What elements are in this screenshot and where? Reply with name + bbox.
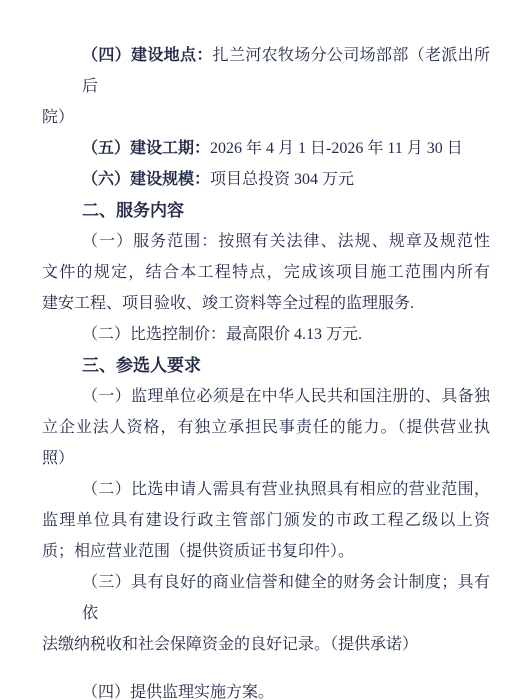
heading-text: 二、服务内容 (82, 201, 184, 220)
document-line: 文件的规定，结合本工程特点，完成该项目施工范围内所有 (42, 257, 490, 288)
document-line: 监理单位具有建设行政主管部门颁发的市政工程乙级以上资 (42, 505, 490, 536)
line-text: （二）比选控制价：最高限价 4.13 万元. (82, 326, 362, 343)
line-text: 照） (42, 450, 74, 467)
document-line: 院） (42, 102, 490, 133)
section-heading: 三、参选人要求 (42, 350, 490, 381)
document-line: （一）监理单位必须是在中华人民共和国注册的、具备独 (42, 381, 490, 412)
document-line: 立企业法人资格，有独立承担民事责任的能力。（提供营业执 (42, 412, 490, 443)
line-text: （三）具有良好的商业信誉和健全的财务会计制度；具有依 (82, 574, 490, 622)
document-line: 质；相应营业范围（提供资质证书复印件）。 (42, 536, 490, 567)
document-line: （三）具有良好的商业信誉和健全的财务会计制度；具有依 (42, 567, 490, 629)
document-line: （四）建设地点：扎兰河农牧场分公司场部部（老派出所后 (42, 40, 490, 102)
document-line: （四）提供监理实施方案。 (42, 677, 490, 700)
line-label: （六）建设规模： (82, 171, 210, 188)
section-heading: 二、服务内容 (42, 195, 490, 226)
line-text: 质；相应营业范围（提供资质证书复印件）。 (42, 543, 354, 560)
line-label: （四）建设地点： (82, 47, 213, 64)
document-page: （四）建设地点：扎兰河农牧场分公司场部部（老派出所后 院） （五）建设工期：20… (0, 0, 531, 700)
line-text: （二）比选申请人需具有营业执照具有相应的营业范围， (82, 481, 490, 498)
line-text: 立企业法人资格，有独立承担民事责任的能力。（提供营业执 (42, 419, 490, 436)
document-line: 法缴纳税收和社会保障资金的良好记录。（提供承诺） (42, 629, 490, 660)
document-line: （二）比选控制价：最高限价 4.13 万元. (42, 319, 490, 350)
line-text: 项目总投资 304 万元 (210, 171, 354, 188)
document-line: （五）建设工期：2026 年 4 月 1 日-2026 年 11 月 30 日 (42, 133, 490, 164)
heading-text: 三、参选人要求 (82, 356, 201, 375)
document-body: （四）建设地点：扎兰河农牧场分公司场部部（老派出所后 院） （五）建设工期：20… (42, 40, 490, 700)
document-line: 照） (42, 443, 490, 474)
line-text: （一）监理单位必须是在中华人民共和国注册的、具备独 (82, 388, 490, 405)
document-line: 建安工程、项目验收、竣工资料等全过程的监理服务. (42, 288, 490, 319)
line-text: 建安工程、项目验收、竣工资料等全过程的监理服务. (42, 295, 414, 312)
document-line: （一）服务范围：按照有关法律、法规、规章及规范性 (42, 226, 490, 257)
line-text: 院） (42, 109, 74, 126)
document-line: （二）比选申请人需具有营业执照具有相应的营业范围， (42, 474, 490, 505)
line-text: 2026 年 4 月 1 日-2026 年 11 月 30 日 (210, 140, 463, 157)
document-line: （六）建设规模：项目总投资 304 万元 (42, 164, 490, 195)
line-text: （四）提供监理实施方案。 (82, 684, 274, 700)
line-text: 文件的规定，结合本工程特点，完成该项目施工范围内所有 (42, 264, 490, 281)
line-label: （五）建设工期： (82, 140, 210, 157)
line-text: 监理单位具有建设行政主管部门颁发的市政工程乙级以上资 (42, 512, 490, 529)
line-text: 法缴纳税收和社会保障资金的良好记录。（提供承诺） (42, 636, 418, 653)
line-text: （一）服务范围：按照有关法律、法规、规章及规范性 (82, 233, 490, 250)
